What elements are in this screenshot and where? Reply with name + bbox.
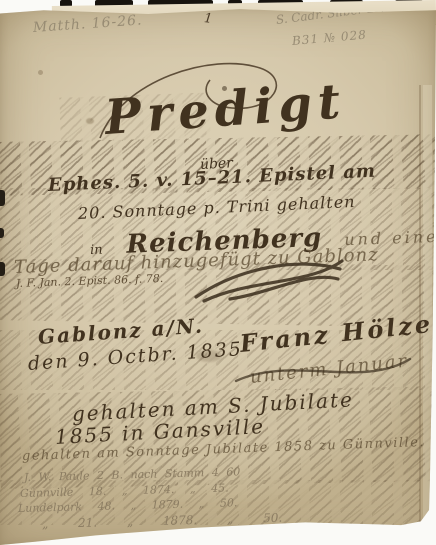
signature-underline-flourish (232, 351, 417, 391)
archival-note-line2: B31 № 028 (291, 27, 367, 47)
page-number: 1 (203, 11, 213, 27)
left-edge-mark (0, 262, 5, 276)
left-edge-mark (0, 190, 5, 206)
signature-flourish (190, 255, 350, 305)
left-edge-mark (0, 228, 4, 238)
manuscript-scan: Matth. 16-26. 1 S. Cadr. Silber 22/4 60 … (0, 0, 436, 545)
sunday-line: 20. Sonntage p. Trini gehalten (78, 192, 356, 223)
right-edge-highlight (423, 85, 432, 525)
ledger-row: „ 21. „ 1878. „ 50. (42, 511, 283, 531)
right-fold-crease (419, 85, 421, 527)
paper-sheet: Matth. 16-26. 1 S. Cadr. Silber 22/4 60 … (0, 7, 436, 545)
foxing-spot (38, 70, 43, 75)
scripture-reference-note: Matth. 16-26. (32, 12, 143, 36)
